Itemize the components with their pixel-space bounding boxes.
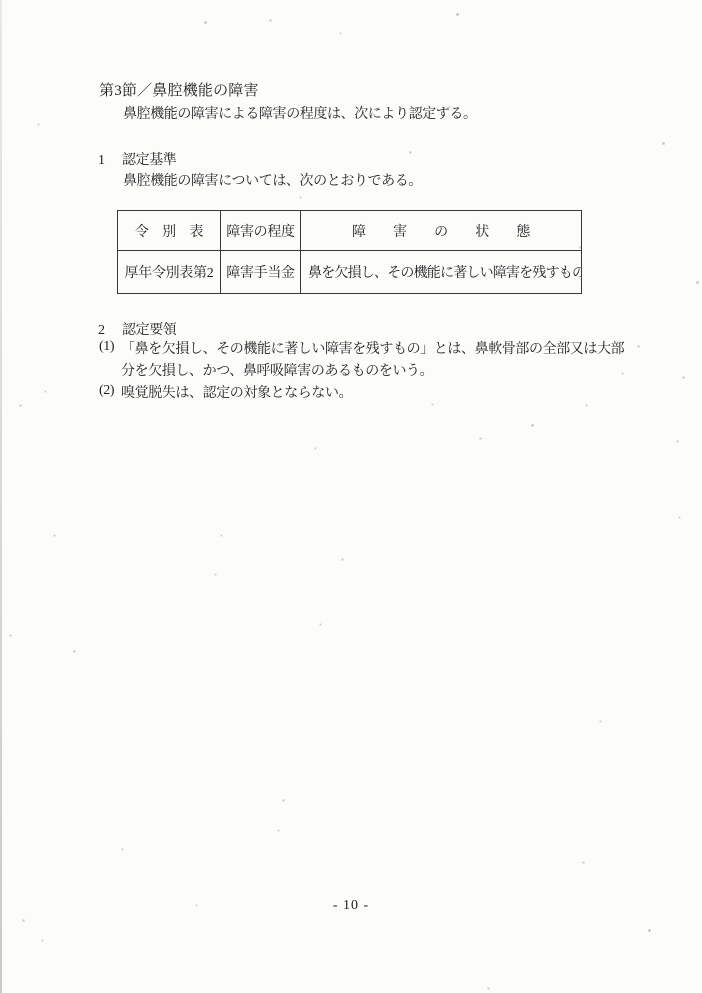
guideline-item-1: (1) 「鼻を欠損し、その機能に著しい障害を残すもの」とは、鼻軟骨部の全部又は大… [99, 339, 624, 383]
document-page: 第3節／鼻腔機能の障害 鼻腔機能の障害による障害の程度は、次により認定する。 1… [0, 0, 702, 993]
scan-left-edge [0, 0, 2, 993]
page-number: - 10 - [0, 898, 702, 914]
guideline-item-1-label: (1) [99, 339, 121, 355]
criteria-intro: 鼻腔機能の障害については、次のとおりである。 [123, 170, 422, 190]
guideline-item-2-label: (2) [99, 383, 121, 399]
criteria-heading-number: 1 [98, 153, 122, 169]
scan-noise [0, 0, 1, 1]
table-header-ordinance-appendix: 令 別 表 [118, 211, 221, 251]
criteria-table: 令 別 表 障害の程度 障 害 の 状 態 厚年令別表第2 障害手当金 鼻を欠損… [117, 210, 582, 294]
criteria-table-header-row: 令 別 表 障害の程度 障 害 の 状 態 [118, 211, 582, 251]
table-cell-disability-grade: 障害手当金 [221, 251, 301, 294]
guideline-item-2-line-1: 嗅覚脱失は、認定の対象とならない。 [121, 383, 352, 405]
guideline-item-1-line-1: 「鼻を欠損し、その機能に著しい障害を残すもの」とは、鼻軟骨部の全部又は大部 [121, 339, 624, 361]
section-title: 第3節／鼻腔機能の障害 [99, 79, 259, 100]
criteria-table-data-row: 厚年令別表第2 障害手当金 鼻を欠損し、その機能に著しい障害を残すもの [118, 251, 582, 294]
table-cell-disability-condition: 鼻を欠損し、その機能に著しい障害を残すもの [301, 251, 582, 294]
table-header-disability-grade: 障害の程度 [221, 211, 301, 251]
section-intro: 鼻腔機能の障害による障害の程度は、次により認定する。 [123, 103, 477, 123]
guideline-item-1-text: 「鼻を欠損し、その機能に著しい障害を残すもの」とは、鼻軟骨部の全部又は大部 分を… [121, 339, 624, 383]
criteria-heading: 1 認定基準 [98, 149, 176, 169]
guidelines-heading-title: 認定要領 [122, 319, 176, 339]
criteria-heading-title: 認定基準 [122, 149, 176, 169]
guideline-item-2-text: 嗅覚脱失は、認定の対象とならない。 [121, 383, 352, 405]
guidelines-heading: 2 認定要領 [98, 319, 176, 339]
table-header-disability-condition: 障 害 の 状 態 [301, 211, 582, 251]
table-cell-ordinance-appendix: 厚年令別表第2 [118, 251, 221, 294]
guidelines-heading-number: 2 [98, 323, 122, 339]
guideline-item-2: (2) 嗅覚脱失は、認定の対象とならない。 [99, 383, 352, 405]
guideline-item-1-line-2: 分を欠損し、かつ、鼻呼吸障害のあるものをいう。 [121, 361, 624, 383]
